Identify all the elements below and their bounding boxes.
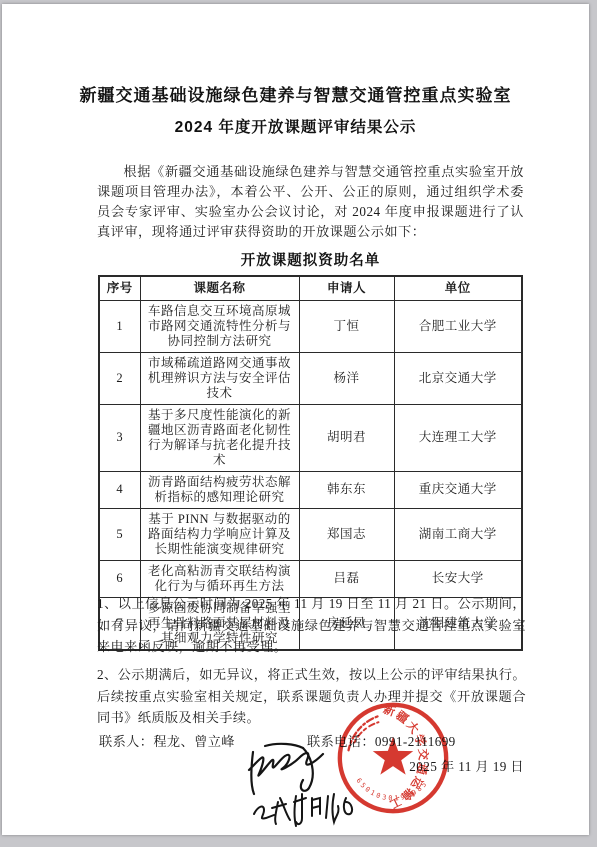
cell-serial-number: 5 — [99, 508, 140, 560]
cell-unit: 湖南工商大学 — [394, 508, 522, 560]
table-caption: 开放课题拟资助名单 — [97, 249, 524, 270]
cell-serial-number: 1 — [99, 300, 140, 352]
document-title-line2: 2024 年度开放课题评审结果公示 — [2, 115, 589, 137]
notice-paragraph-1: 1、以上信息公示时间为 2025 年 11 月 19 日至 11 月 21 日。… — [97, 593, 526, 658]
cell-project-name: 老化高粘沥青交联结构演化行为与循环再生方法 — [140, 560, 299, 597]
header-project-name: 课题名称 — [140, 276, 299, 300]
table-row: 2 市域稀疏道路网交通事故机理辨识方法与安全评估技术 杨洋 北京交通大学 — [99, 352, 522, 404]
table-row: 4 沥青路面结构疲劳状态解析指标的感知理论研究 韩东东 重庆交通大学 — [99, 471, 522, 508]
cell-project-name: 沥青路面结构疲劳状态解析指标的感知理论研究 — [140, 471, 299, 508]
table-row: 1 车路信息交互环境高原城市路网交通流特性分析与协同控制方法研究 丁恒 合肥工业… — [99, 300, 522, 352]
cell-serial-number: 3 — [99, 404, 140, 471]
header-serial-number: 序号 — [99, 276, 140, 300]
cell-applicant: 丁恒 — [299, 300, 394, 352]
cell-project-name: 市域稀疏道路网交通事故机理辨识方法与安全评估技术 — [140, 352, 299, 404]
notice-paragraph-2: 2、公示期满后，如无异议，将正式生效，按以上公示的评审结果执行。后续按重点实验室… — [97, 664, 526, 729]
cell-project-name: 基于 PINN 与数据驱动的路面结构力学响应计算及长期性能演变规律研究 — [140, 508, 299, 560]
cell-serial-number: 6 — [99, 560, 140, 597]
table-row: 3 基于多尺度性能演化的新疆地区沥青路面老化韧性行为解译与抗老化提升技术 胡明君… — [99, 404, 522, 471]
table-row: 5 基于 PINN 与数据驱动的路面结构力学响应计算及长期性能演变规律研究 郑国… — [99, 508, 522, 560]
cell-unit: 重庆交通大学 — [394, 471, 522, 508]
table-header-row: 序号 课题名称 申请人 单位 — [99, 276, 522, 300]
contact-person: 联系人：程龙、曾立峰 — [99, 731, 235, 750]
table-row: 6 老化高粘沥青交联结构演化行为与循环再生方法 吕磊 长安大学 — [99, 560, 522, 597]
intro-paragraph: 根据《新疆交通基础设施绿色建养与智慧交通管控重点实验室开放课题项目管理办法》，本… — [97, 162, 524, 242]
scanned-document-canvas: 新疆交通基础设施绿色建养与智慧交通管控重点实验室 2024 年度开放课题评审结果… — [0, 0, 597, 847]
cell-serial-number: 4 — [99, 471, 140, 508]
cell-unit: 长安大学 — [394, 560, 522, 597]
cell-unit: 北京交通大学 — [394, 352, 522, 404]
cell-unit: 大连理工大学 — [394, 404, 522, 471]
cell-unit: 合肥工业大学 — [394, 300, 522, 352]
cell-applicant: 杨洋 — [299, 352, 394, 404]
cell-serial-number: 2 — [99, 352, 140, 404]
cell-applicant: 胡明君 — [299, 404, 394, 471]
cell-applicant: 郑国志 — [299, 508, 394, 560]
header-applicant: 申请人 — [299, 276, 394, 300]
document-page: 新疆交通基础设施绿色建养与智慧交通管控重点实验室 2024 年度开放课题评审结果… — [2, 4, 589, 835]
cell-applicant: 韩东东 — [299, 471, 394, 508]
document-title-line1: 新疆交通基础设施绿色建养与智慧交通管控重点实验室 — [2, 81, 589, 106]
cell-applicant: 吕磊 — [299, 560, 394, 597]
cell-project-name: 基于多尺度性能演化的新疆地区沥青路面老化韧性行为解译与抗老化提升技术 — [140, 404, 299, 471]
official-red-seal: 新疆大学交通运输工程 6501030191985 — [335, 700, 451, 816]
header-unit: 单位 — [394, 276, 522, 300]
cell-project-name: 车路信息交互环境高原城市路网交通流特性分析与协同控制方法研究 — [140, 300, 299, 352]
